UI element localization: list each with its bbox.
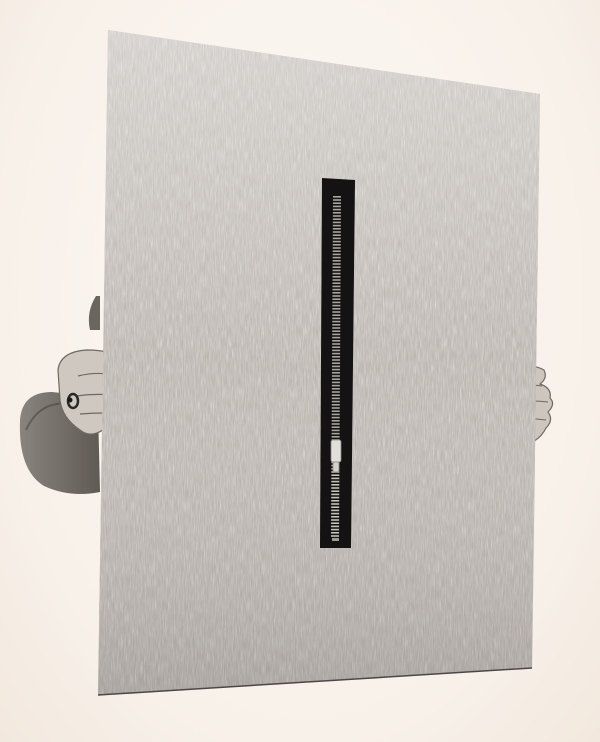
linen-board <box>98 30 540 695</box>
photo-scene <box>0 0 600 742</box>
zipper <box>320 178 355 548</box>
head-top <box>89 296 100 330</box>
photograph <box>0 0 600 742</box>
